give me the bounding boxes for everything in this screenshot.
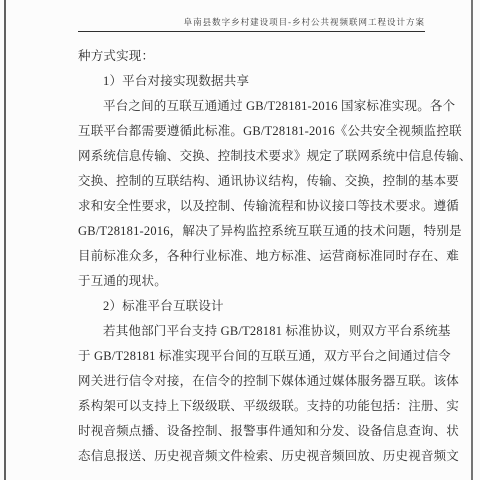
page-header-title: 阜南县数字乡村建设项目-乡村公共视频联网工程设计方案 <box>78 16 425 28</box>
text-line: 交换、控制的互联结构、通讯协议结构，传输、交换，控制的基本要 <box>78 169 412 194</box>
document-body: 种方式实现： 1）平台对接实现数据共享 平台之间的互联互通通过 GB/T2818… <box>78 44 412 469</box>
text-line: 求和安全性要求，以及控制、传输流程和协议接口等技术要求。遵循 <box>78 194 412 219</box>
text-line: GB/T28181-2016，解决了异构监控系统互联互通的技术问题，特别是 <box>78 219 412 244</box>
text-line: 于互通的现状。 <box>78 269 412 294</box>
page-edge-right <box>471 0 473 480</box>
text-line: 系构架可以支持上下级级联、平级级联。支持的功能包括：注册、实 <box>78 394 412 419</box>
text-line: 网关进行信令对接，在信令的控制下媒体通过媒体服务器互联。该体 <box>78 369 412 394</box>
text-line: 种方式实现： <box>78 44 412 69</box>
text-line: 于 GB/T28181 标准实现平台间的互联互通，双方平台之间通过信令 <box>78 344 412 369</box>
text-line: 态信息报送、历史视音频文件检索、历史视音频回放、历史视音频文 <box>78 444 412 469</box>
page-edge-left <box>4 0 6 480</box>
text-line: 时视音频点播、设备控制、报警事件通知和分发、设备信息查询、状 <box>78 419 412 444</box>
text-line: 平台之间的互联互通通过 GB/T28181-2016 国家标准实现。各个 <box>78 94 412 119</box>
text-line: 互联平台都需要遵循此标准。GB/T28181-2016《公共安全视频监控联 <box>78 119 412 144</box>
text-line-list-item-1: 1）平台对接实现数据共享 <box>78 69 412 94</box>
text-line: 若其他部门平台支持 GB/T28181 标准协议，则双方平台系统基 <box>78 319 412 344</box>
text-line: 网系统信息传输、交换、控制技术要求》规定了联网系统中信息传输、 <box>78 144 412 169</box>
header-rule <box>78 31 425 32</box>
text-line-list-item-2: 2）标准平台互联设计 <box>78 294 412 319</box>
document-page: 阜南县数字乡村建设项目-乡村公共视频联网工程设计方案 种方式实现： 1）平台对接… <box>0 0 480 480</box>
text-line: 目前标准众多，各种行业标准、地方标准、运营商标准同时存在、难 <box>78 244 412 269</box>
